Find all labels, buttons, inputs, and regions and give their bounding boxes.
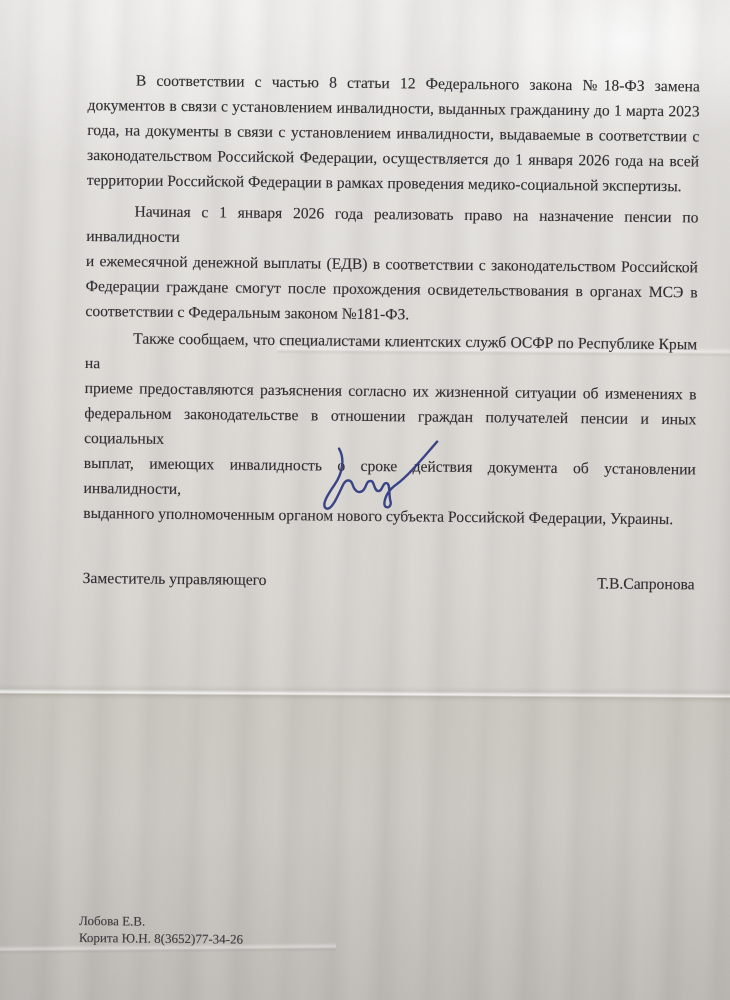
executor-name: Лобова Е.В. <box>79 912 243 931</box>
executor-phone: Корита Ю.Н. 8(3652)77-34-26 <box>79 929 243 948</box>
signature-ink <box>317 434 448 520</box>
signatory-name: Т.В.Сапронова <box>597 571 695 597</box>
paragraph-line: территории Российской Федерации в рамках… <box>87 168 699 199</box>
footer-contacts: Лобова Е.В. Корита Ю.Н. 8(3652)77-34-26 <box>79 912 244 948</box>
signatory-position: Заместитель управляющего <box>83 566 267 593</box>
paragraph-2: Начиная с 1 января 2026 года реализовать… <box>85 199 698 330</box>
paragraph-line: Также сообщаем, что специалистами клиент… <box>85 326 697 382</box>
below-fold-shading <box>0 694 730 1000</box>
paragraph-line: Начиная с 1 января 2026 года реализовать… <box>86 199 698 255</box>
paragraph-1: В соответствии с частью 8 статьи 12 Феде… <box>87 68 700 199</box>
letter-body: В соответствии с частью 8 статьи 12 Феде… <box>83 68 700 597</box>
